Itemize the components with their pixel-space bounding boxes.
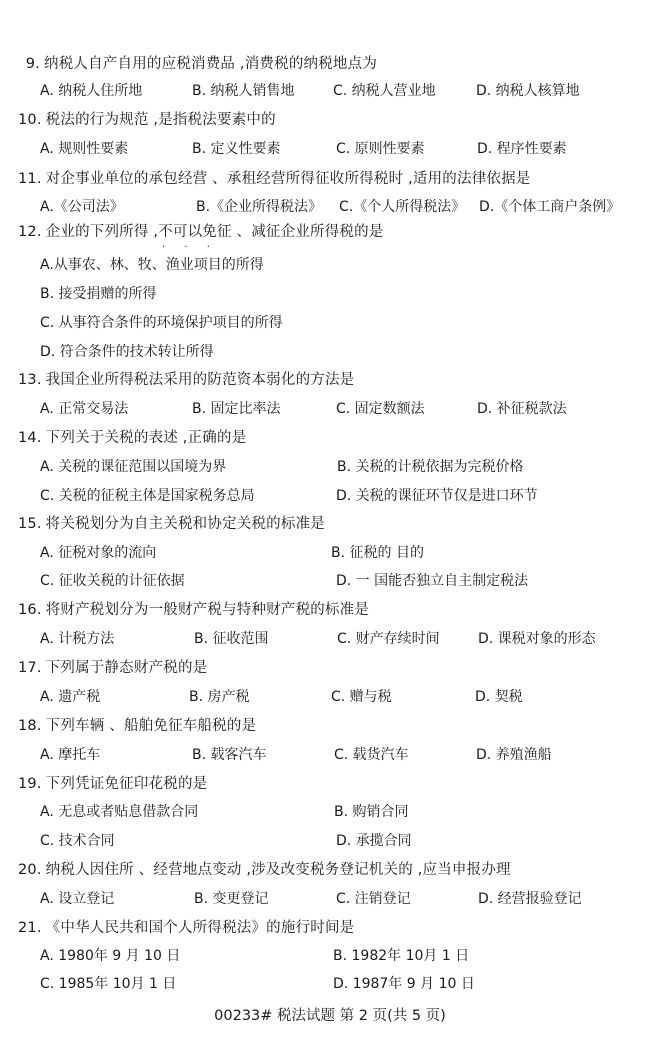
option-d: D. 关税的课征环节仅是进口环节 <box>336 486 538 506</box>
option-d: D. 程序性要素 <box>477 139 567 159</box>
exam-page: 9.纳税人自产自用的应税消费品 ,消费税的纳税地点为 A. 纳税人住所地 B. … <box>0 0 660 1039</box>
option-c: C. 赠与税 <box>331 687 392 707</box>
option-a: A. 纳税人住所地 <box>40 81 142 101</box>
option-a: A. 计税方法 <box>40 629 114 649</box>
question-stem: 纳税人自产自用的应税消费品 ,消费税的纳税地点为 <box>44 56 377 72</box>
question-number: 18. <box>18 716 42 736</box>
option-c: C. 注销登记 <box>336 889 411 909</box>
option-a: A. 正常交易法 <box>40 399 128 419</box>
question-9: 9.纳税人自产自用的应税消费品 ,消费税的纳税地点为 <box>18 54 377 74</box>
option-b: B. 征税的 目的 <box>331 543 424 563</box>
question-stem: 我国企业所得税法采用的防范资本弱化的方法是 <box>46 372 355 388</box>
option-c: C.《个人所得税法》 <box>339 197 465 217</box>
question-stem: 下列关于关税的表述 ,正确的是 <box>46 430 247 446</box>
question-stem: 纳税人因住所 、经营地点变动 ,涉及改变税务登记机关的 ,应当申报办理 <box>46 862 511 878</box>
question-stem: 下列属于静态财产税的是 <box>46 660 208 676</box>
option-d: D. 纳税人核算地 <box>476 81 580 101</box>
option-c: C. 关税的征税主体是国家税务总局 <box>40 486 255 506</box>
question-stem: 下列凭证免征印花税的是 <box>46 776 208 792</box>
option-a: A. 遗产税 <box>40 687 100 707</box>
option-d: D. 补征税款法 <box>477 399 567 419</box>
option-a: A. 规则性要素 <box>40 139 128 159</box>
question-stem: 对企事业单位的承包经营 、承租经营所得征收所得税时 ,适用的法律依据是 <box>46 171 531 187</box>
question-stem: 税法的行为规范 ,是指税法要素中的 <box>46 112 276 128</box>
option-b: B. 载客汽车 <box>192 745 267 765</box>
question-number: 11. <box>18 169 42 189</box>
option-b: B. 购销合同 <box>334 802 409 822</box>
question-21: 21.《中华人民共和国个人所得税法》的施行时间是 <box>18 918 354 938</box>
question-number: 15. <box>18 514 42 534</box>
option-c: C. 技术合同 <box>40 831 115 851</box>
option-a: A. 设立登记 <box>40 889 114 909</box>
option-a: A.从事农、林、牧、渔业项目的所得 <box>40 255 264 275</box>
option-d: D. 1987年 9 月 10 日 <box>333 974 475 994</box>
option-a: A. 征税对象的流向 <box>40 543 156 563</box>
option-b: B. 定义性要素 <box>192 139 281 159</box>
option-a: A. 1980年 9 月 10 日 <box>40 946 180 966</box>
question-number: 21. <box>18 918 42 938</box>
question-number: 10. <box>18 110 42 130</box>
question-12: 12.企业的下列所得 ,不可以免征 、减征企业所得税的是 <box>18 222 384 242</box>
option-b: B. 房产税 <box>189 687 250 707</box>
option-b: B.《企业所得税法》 <box>196 197 322 217</box>
option-d: D. 符合条件的技术转让所得 <box>40 342 214 362</box>
option-c: C. 从事符合条件的环境保护项目的所得 <box>40 313 283 333</box>
question-number: 16. <box>18 600 42 620</box>
question-19: 19.下列凭证免征印花税的是 <box>18 774 207 794</box>
option-d: D.《个体工商户条例》 <box>479 197 620 217</box>
question-13: 13.我国企业所得税法采用的防范资本弱化的方法是 <box>18 370 354 390</box>
option-b: B. 纳税人销售地 <box>192 81 295 101</box>
question-10: 10.税法的行为规范 ,是指税法要素中的 <box>18 110 276 130</box>
question-number: 19. <box>18 774 42 794</box>
emphasis-marks: · · · <box>162 243 218 253</box>
question-14: 14.下列关于关税的表述 ,正确的是 <box>18 428 246 448</box>
question-stem: 将财产税划分为一般财产税与特种财产税的标准是 <box>46 602 369 618</box>
option-c: C. 原则性要素 <box>336 139 425 159</box>
option-d: D. 契税 <box>475 687 523 707</box>
option-a: A.《公司法》 <box>40 197 124 217</box>
option-d: D. 养殖渔船 <box>476 745 552 765</box>
option-c: C. 财产存续时间 <box>337 629 440 649</box>
option-b: B. 接受捐赠的所得 <box>40 284 157 304</box>
question-number: 14. <box>18 428 42 448</box>
option-d: D. 经营报验登记 <box>478 889 582 909</box>
option-d: D. 承揽合同 <box>336 831 412 851</box>
option-c: C. 纳税人营业地 <box>333 81 436 101</box>
question-stem: 企业的下列所得 ,不可以免征 、减征企业所得税的是 <box>46 224 384 240</box>
option-c: C. 征收关税的计征依据 <box>40 571 185 591</box>
question-number: 17. <box>18 658 42 678</box>
option-b: B. 变更登记 <box>194 889 269 909</box>
question-number: 9. <box>18 54 40 74</box>
page-footer: 00233# 税法试题 第 2 页(共 5 页) <box>0 1006 660 1026</box>
option-b: B. 关税的计税依据为完税价格 <box>337 457 524 477</box>
question-16: 16.将财产税划分为一般财产税与特种财产税的标准是 <box>18 600 369 620</box>
option-d: D. 一 国能否独立自主制定税法 <box>336 571 528 591</box>
option-b: B. 固定比率法 <box>192 399 281 419</box>
option-a: A. 摩托车 <box>40 745 100 765</box>
option-c: C. 固定数额法 <box>336 399 425 419</box>
question-20: 20.纳税人因住所 、经营地点变动 ,涉及改变税务登记机关的 ,应当申报办理 <box>18 860 511 880</box>
question-11: 11.对企事业单位的承包经营 、承租经营所得征收所得税时 ,适用的法律依据是 <box>18 169 531 189</box>
question-stem: 《中华人民共和国个人所得税法》的施行时间是 <box>46 920 355 936</box>
question-stem: 下列车辆 、船舶免征车船税的是 <box>46 718 257 734</box>
option-c: C. 载货汽车 <box>334 745 409 765</box>
question-number: 12. <box>18 222 42 242</box>
question-17: 17.下列属于静态财产税的是 <box>18 658 207 678</box>
question-number: 13. <box>18 370 42 390</box>
option-c: C. 1985年 10月 1 日 <box>40 974 176 994</box>
option-d: D. 课税对象的形态 <box>478 629 596 649</box>
question-15: 15.将关税划分为自主关税和协定关税的标准是 <box>18 514 325 534</box>
question-number: 20. <box>18 860 42 880</box>
option-b: B. 征收范围 <box>194 629 269 649</box>
option-a: A. 无息或者贴息借款合同 <box>40 802 198 822</box>
question-stem: 将关税划分为自主关税和协定关税的标准是 <box>46 516 325 532</box>
option-b: B. 1982年 10月 1 日 <box>333 946 469 966</box>
option-a: A. 关税的课征范围以国境为界 <box>40 457 226 477</box>
question-18: 18.下列车辆 、船舶免征车船税的是 <box>18 716 256 736</box>
